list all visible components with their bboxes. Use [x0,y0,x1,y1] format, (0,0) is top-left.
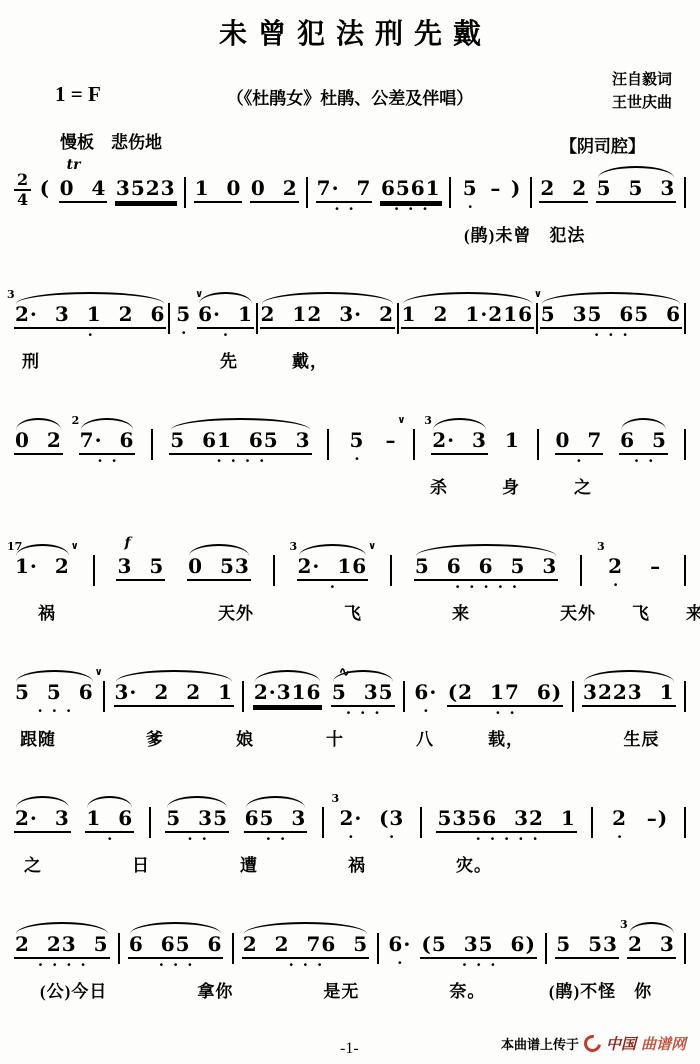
note-group: 2 23 5···· [14,916,110,968]
lyrics-line: 跟随 爹 娘 十 八 载， 生辰 [12,725,688,750]
note-group: 6 5·· [619,412,668,464]
grace-note: 3 [424,415,432,426]
octave-dots: · [567,458,590,464]
barline [273,555,275,586]
slur-arc [16,922,108,934]
octave-dots: ··· [280,962,332,968]
sheet-music-page: 未曾犯法刑先戴 1 = F （《杜鹃女》杜鹃、公差及伴唱） 汪自毅词 王世庆曲 … [0,0,700,1064]
note-numbers: 5 53 [555,933,619,959]
slur-arc [542,292,680,304]
note-group: – [649,538,662,579]
note-group: 5 6 6 5 3····· [414,538,558,590]
slur-arc [167,796,227,808]
slur-arc [199,292,252,304]
composer-credit: 王世庆曲 [612,91,672,114]
octave-dots: · [214,332,237,338]
note-group: 1 0 [194,160,243,203]
note-group: 3· 2 2 1 [114,664,235,707]
octave-dots: ·· [625,458,662,464]
note-group: 3223 1 [582,664,676,707]
barline [242,681,244,712]
note-group: 32·· [338,790,363,840]
barline [232,933,234,964]
slur-arc [81,418,134,430]
breath-mark: ∨ [368,542,376,552]
barline [256,303,258,334]
note-group: 1 6· [85,790,134,842]
note-group: 5 5 6∨··· [14,664,95,714]
notes-row: 5 5 6∨···3· 2 2 12·316∿5 35···6··(2 17 6… [12,664,688,716]
barline [327,429,329,460]
octave-dots: ·· [486,710,523,716]
slur-arc [244,922,367,934]
tempo-marking: 慢板 悲伤地 [60,128,162,153]
barline [322,807,324,838]
note-group: 2 2 [539,160,588,203]
note-group: 32 3 [627,916,676,959]
slur-arc [16,796,69,808]
credits: 汪自毅词 王世庆曲 [612,68,672,115]
time-sig-numerator: 2 [17,172,28,189]
music-system-4: 171· 2∨f3 50 5332· 16∨·5 6 6 5 3·····32·… [12,538,688,664]
octave-dots: ··· [585,332,637,338]
note-group: 32· 3 [431,412,488,455]
slur-arc [16,670,93,682]
barline [684,807,686,838]
slur-arc [255,670,321,682]
barline [184,177,186,208]
note-group: –) [646,790,669,831]
note-numbers: –) [646,807,669,831]
grace-note: 2 [72,415,80,426]
octave-dots: ·· [325,206,362,212]
breath-mark: ∨ [95,668,103,678]
note-group: 5∨· [172,286,195,336]
barline [390,555,392,586]
barline [684,177,686,208]
note-numbers: 0 2 [250,177,299,203]
note-group: 0 2 [250,160,299,203]
notes-row: 2· 31 6·5 35··65 3··32··(3·5356 32 1····… [12,790,688,842]
lyrics-line: 祸 天外 飞 来 天外 飞 来。 [12,599,688,624]
octave-dots: ···· [29,962,95,968]
slur-arc [621,418,666,430]
note-numbers: – [649,555,662,579]
octave-dots: · [79,332,102,338]
slur-arc [433,418,486,430]
octave-dots: · [459,204,482,210]
octave-dots: · [172,330,195,336]
note-group: 5 35 65 6··· [540,286,682,338]
note-group: 5 5 3 [596,160,677,203]
octave-dots: · [321,584,344,590]
slur-arc [598,166,675,178]
note-numbers: 3· 2 2 1 [114,681,235,707]
grace-note: 3 [331,793,339,804]
octave-dots: ··· [453,962,505,968]
note-group: 65 3·· [244,790,308,842]
note-group: (5 35 6)··· [420,916,537,968]
note-group: 6·· [413,664,438,714]
octave-dots: · [380,834,403,840]
octave-dots: ··· [385,206,437,212]
note-group: f3 5 [116,538,165,581]
song-title: 未曾犯法刑先戴 [0,0,700,52]
note-group: 6561··· [380,160,442,212]
grace-note: 3 [290,541,298,552]
notes-row: 32· 3 1 2 6·5∨·6· 1·2 12 3· 21 2 1·216∨5… [12,286,688,338]
notes-row: 171· 2∨f3 50 5332· 16∨·5 6 6 5 3·····32·… [12,538,688,590]
octave-dots: ··· [150,962,202,968]
note-group: 5 53 [555,916,619,959]
note-group: 5 61 65 3···· [169,412,311,464]
note-group: 2 2 76 5··· [242,916,369,968]
meta-row: 1 = F （《杜鹃女》杜鹃、公差及伴唱） 汪自毅词 王世庆曲 [0,66,700,122]
note-numbers: 2 12 3· 2 [260,303,395,329]
music-system-1: 24(tr0 435231 00 27· 7··6561···5·–)2 25 … [12,160,688,286]
barline [684,303,686,334]
note-numbers: ( [39,177,51,201]
note-numbers: 3523 [115,177,177,203]
note-numbers: 2 3 [627,933,676,959]
song-subtitle: （《杜鹃女》杜鹃、公差及伴唱） [227,84,474,109]
note-group: ) [510,160,522,201]
octave-dots: · [608,834,631,840]
site-name-qupu: 曲谱网 [641,1033,686,1054]
note-group: 32· [604,538,627,588]
music-system-3: 0 227· 6··5 61 65 3····5·–∨32· 310 7·6 5… [12,412,688,538]
octave-dots: · [339,834,362,840]
note-group: 3523 [115,160,177,203]
note-group: 0 7· [555,412,604,464]
barline [572,681,574,712]
note-numbers: 0 53 [187,555,251,581]
octave-dots: · [414,708,437,714]
barline [580,555,582,586]
note-group: 2· 3 [14,790,71,833]
barline [684,681,686,712]
note-group: 6· 1· [197,286,254,338]
barline [420,807,422,838]
octave-dots: ·· [257,836,294,842]
barline [306,177,308,208]
time-sig-denominator: 4 [14,189,31,209]
note-numbers: ) [510,177,522,201]
barline [413,429,415,460]
note-numbers: 2· 3 [14,807,71,833]
octave-dots: ····· [446,584,526,590]
breath-mark: ∨ [71,542,79,552]
grace-note: 3 [620,919,628,930]
music-system-6: 2· 31 6·5 35··65 3··32··(3·5356 32 1····… [12,790,688,916]
barline [168,303,170,334]
slur-arc [171,418,309,430]
qiang-style-label: 【阴司腔】 [560,132,645,157]
note-numbers: 2· 3 [431,429,488,455]
barline [397,303,399,334]
barline [591,807,593,838]
octave-dots: ··· [29,708,81,714]
note-group: 5356 32 1····· [436,790,576,842]
site-name-cn: 中国 [606,1033,636,1054]
slur-arc [299,544,367,556]
forte-dynamic: f [124,536,130,550]
note-numbers: 2·316 [253,681,323,707]
lyrics-line: (鹃)未曾 犯法 [12,221,688,246]
note-group: –∨ [384,412,397,453]
slur-arc [116,670,233,682]
note-group: 171· 2∨ [14,538,71,579]
slur-arc [403,292,532,304]
barline [449,177,451,208]
grace-note: 3 [597,541,605,552]
barline [684,429,686,460]
note-numbers: 0 2 [14,429,63,455]
barline [151,429,153,460]
note-group: 32· 16∨· [297,538,369,590]
note-group: ( [39,160,51,201]
music-system-7: 2 23 5····6 65 6···2 2 76 5···6··(5 35 6… [12,916,688,1042]
slur-arc [189,544,249,556]
note-numbers: 5 5 3 [596,177,677,203]
page-number: -1- [340,1040,359,1058]
slur-arc [16,418,61,430]
barline [536,303,538,334]
note-group: 32· 3 1 2 6· [14,286,166,338]
breath-mark: ∨ [397,416,405,426]
octave-dots: ···· [207,458,273,464]
note-group: 5· [345,412,368,462]
note-group: 27· 6·· [79,412,136,464]
slur-arc [130,922,222,934]
slur-arc [262,292,393,304]
cnscore-logo-icon [581,1032,605,1056]
note-numbers: 1· 2 [14,555,71,579]
mordent-ornament: ∿ [339,666,350,679]
slur-arc [246,796,306,808]
octave-dots: ··· [337,710,389,716]
lyricist-credit: 汪自毅词 [612,68,672,91]
slur-arc [16,544,69,556]
note-numbers: 1 [504,429,521,453]
note-numbers: 1 0 [194,177,243,203]
lyrics-line: 杀 身 之 [12,473,688,498]
note-numbers: – [384,429,397,453]
note-numbers: 3223 1 [582,681,676,707]
time-signature: 24 [14,172,31,209]
notes-row: 2 23 5····6 65 6···2 2 76 5···6··(5 35 6… [12,916,688,968]
note-group: 2· [608,790,631,840]
barline [537,429,539,460]
note-group: 1 2 1·216∨ [401,286,534,329]
note-group: 5· [459,160,482,210]
barline [118,933,120,964]
note-numbers: 3 5 [116,555,165,581]
octave-dots: ·· [178,836,215,842]
slur-arc [16,292,164,304]
note-group: 0 2 [14,412,63,455]
trill-ornament: tr [67,158,81,172]
slur-arc [87,796,132,808]
note-group: – [489,160,502,201]
lyrics-line: 刑 先 戴， [12,347,688,372]
key-signature: 1 = F [55,82,101,107]
grace-note: 3 [7,289,15,300]
octave-dots: · [98,836,121,842]
note-group: (3· [378,790,405,840]
lyrics-line: 之 日 遭 祸 灾。 [12,851,688,876]
octave-dots: · [388,960,411,966]
octave-dots: ·· [88,458,125,464]
barline [377,933,379,964]
music-system-5: 5 5 6∨···3· 2 2 12·316∿5 35···6··(2 17 6… [12,664,688,790]
barline [545,933,547,964]
slur-arc [584,670,674,682]
note-group: 0 53 [187,538,251,581]
notes-row: 24(tr0 435231 00 27· 7··6561···5·–)2 25 … [12,160,688,212]
note-numbers: 2 2 [539,177,588,203]
note-group: tr0 4 [59,160,108,203]
note-group: 7· 7·· [316,160,373,212]
grace-note: 17 [7,541,22,552]
barline [684,555,686,586]
note-group: 2 12 3· 2 [260,286,395,329]
slur-arc [416,544,556,556]
note-numbers: – [489,177,502,201]
note-group: 1 [504,412,521,453]
note-group: 6 65 6··· [128,916,224,968]
barline [103,681,105,712]
lyrics-line: (公)今日 拿你 是无 奈。 (鹃)不怪 你 [12,977,688,1002]
slur-arc [629,922,674,934]
music-system-2: 32· 3 1 2 6·5∨·6· 1·2 12 3· 21 2 1·216∨5… [12,286,688,412]
upload-credit: 本曲谱上传于 中国 曲谱网 [501,1033,686,1054]
barline [684,933,686,964]
note-group: 2·316 [253,664,323,707]
notation-score: 24(tr0 435231 00 27· 7··6561···5·–)2 25 … [0,156,700,1042]
note-group: 5 35·· [165,790,229,842]
note-group: ∿5 35··· [331,664,395,716]
octave-dots: · [604,582,627,588]
barline [403,681,405,712]
note-numbers: 1 2 1·216 [401,303,534,329]
octave-dots: · [345,456,368,462]
upload-note: 本曲谱上传于 [501,1034,579,1053]
note-group: (2 17 6)·· [447,664,564,716]
barline [93,555,95,586]
notes-row: 0 227· 6··5 61 65 3····5·–∨32· 310 7·6 5… [12,412,688,464]
note-group: 6·· [387,916,412,966]
barline [149,807,151,838]
barline [530,177,532,208]
tempo-row: 慢板 悲伤地 【阴司腔】 [0,122,700,156]
note-numbers: 0 4 [59,177,108,203]
octave-dots: ····· [467,836,547,842]
